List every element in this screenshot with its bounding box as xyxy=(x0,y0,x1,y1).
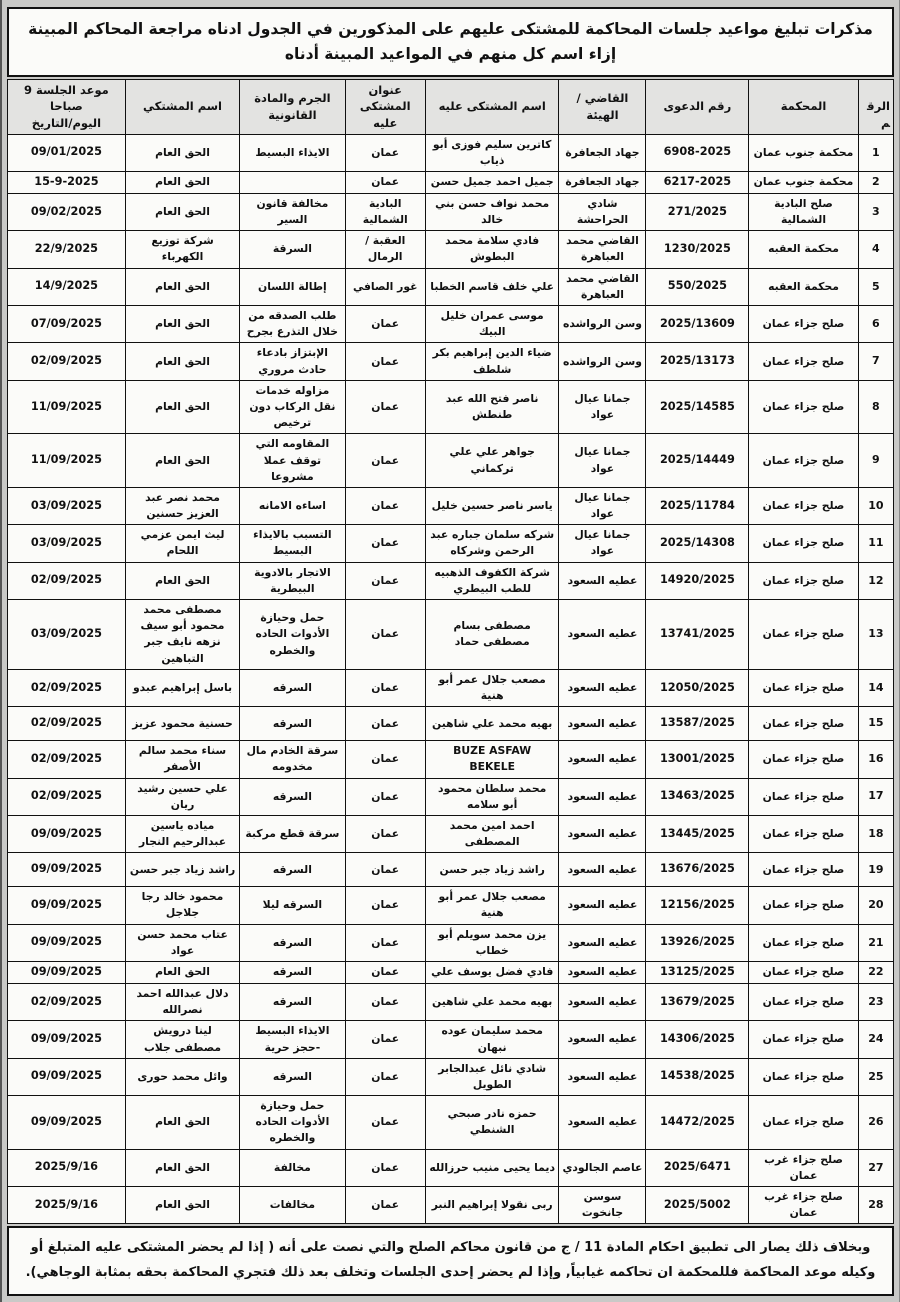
column-header-judge: القاضي / الهيئة xyxy=(559,79,646,134)
cell-complainant: الحق العام xyxy=(125,1187,239,1224)
cell-crime: السرقه xyxy=(240,983,345,1020)
cell-court: صلح جزاء عمان xyxy=(749,562,858,599)
table-row: 20صلح جزاء عمان12156/2025عطيه السعودمصعب… xyxy=(8,887,894,924)
cell-date: 03/09/2025 xyxy=(8,525,126,562)
cell-judge: جمانا عيال عواد xyxy=(559,434,646,488)
cell-complainant: دلال عبدالله احمد نصرالله xyxy=(125,983,239,1020)
cell-complainant: الحق العام xyxy=(125,171,239,193)
cell-crime: طلب الصدقه من خلال التذرع بجرح xyxy=(240,306,345,343)
cell-defendant: جميل احمد جميل حسن xyxy=(425,171,559,193)
table-row: 17صلح جزاء عمان13463/2025عطيه السعودمحمد… xyxy=(8,778,894,815)
cell-crime: اساءه الامانه xyxy=(240,487,345,524)
cell-crime: السرقه ليلا xyxy=(240,887,345,924)
cell-address: عمان xyxy=(345,1096,425,1150)
cell-case_no: 2025/6471 xyxy=(646,1149,749,1186)
cell-court: محكمة العقبه xyxy=(749,268,858,305)
cell-court: صلح جزاء عمان xyxy=(749,306,858,343)
cell-address: البادية الشمالية xyxy=(345,193,425,230)
cell-case_no: 13445/2025 xyxy=(646,815,749,852)
cell-complainant: الحق العام xyxy=(125,268,239,305)
cell-complainant: شركة توزيع الكهرباء xyxy=(125,231,239,268)
cell-crime: حمل وحيازة الأدوات الحاده والخطره xyxy=(240,600,345,670)
cell-court: صلح جزاء عمان xyxy=(749,741,858,778)
cell-address: عمان xyxy=(345,306,425,343)
cell-complainant: راشد زياد جبر حسن xyxy=(125,853,239,887)
cell-date: 02/09/2025 xyxy=(8,707,126,741)
cell-num: 23 xyxy=(858,983,893,1020)
cell-num: 27 xyxy=(858,1149,893,1186)
cell-date: 11/09/2025 xyxy=(8,380,126,434)
cell-crime: المقاومه التي توقف عملا مشروعا xyxy=(240,434,345,488)
cell-date: 2025/9/16 xyxy=(8,1149,126,1186)
cell-defendant: موسى عمران خليل البيك xyxy=(425,306,559,343)
cell-crime: الايذاء البسيط -حجز حرية xyxy=(240,1021,345,1058)
cell-case_no: 14306/2025 xyxy=(646,1021,749,1058)
cell-judge: القاضي محمد العباهرة xyxy=(559,231,646,268)
cell-num: 24 xyxy=(858,1021,893,1058)
cell-court: صلح جزاء غرب عمان xyxy=(749,1149,858,1186)
cell-crime: الإبتزاز بادعاء حادث مروري xyxy=(240,343,345,380)
cell-date: 02/09/2025 xyxy=(8,562,126,599)
cell-num: 22 xyxy=(858,962,893,984)
cell-address: عمان xyxy=(345,815,425,852)
cell-address: العقبة / الرمال xyxy=(345,231,425,268)
cell-defendant: محمد سلطان محمود أبو سلامه xyxy=(425,778,559,815)
cell-date: 09/09/2025 xyxy=(8,853,126,887)
cell-address: عمان xyxy=(345,487,425,524)
legal-notice: وبخلاف ذلك يصار الى تطبيق احكام المادة 1… xyxy=(7,1226,894,1295)
cell-defendant: شركه سلمان جباره عبد الرحمن وشركاه xyxy=(425,525,559,562)
cell-judge: عطيه السعود xyxy=(559,600,646,670)
cell-date: 02/09/2025 xyxy=(8,669,126,706)
cell-case_no: 13741/2025 xyxy=(646,600,749,670)
cell-court: محكمة العقبه xyxy=(749,231,858,268)
cell-crime: السرقه xyxy=(240,669,345,706)
cell-court: صلح جزاء عمان xyxy=(749,778,858,815)
cell-num: 10 xyxy=(858,487,893,524)
cell-case_no: 13676/2025 xyxy=(646,853,749,887)
cell-num: 15 xyxy=(858,707,893,741)
cell-judge: عطيه السعود xyxy=(559,924,646,961)
cell-complainant: الحق العام xyxy=(125,193,239,230)
cell-complainant: حسنية محمود عزيز xyxy=(125,707,239,741)
cell-defendant: مصطفى بسام مصطفى حماد xyxy=(425,600,559,670)
cell-judge: عطيه السعود xyxy=(559,815,646,852)
cell-defendant: بهيه محمد علي شاهين xyxy=(425,983,559,1020)
table-row: 25صلح جزاء عمان14538/2025عطيه السعودشادي… xyxy=(8,1058,894,1095)
cell-complainant: الحق العام xyxy=(125,306,239,343)
table-row: 3صلح البادية الشمالية271/2025شادي الحراح… xyxy=(8,193,894,230)
cell-judge: القاضي محمد العباهرة xyxy=(559,268,646,305)
cell-crime: مخالفات xyxy=(240,1187,345,1224)
cell-case_no: 2025/11784 xyxy=(646,487,749,524)
cell-case_no: 13926/2025 xyxy=(646,924,749,961)
cell-crime xyxy=(240,171,345,193)
cell-address: عمان xyxy=(345,134,425,171)
cell-num: 8 xyxy=(858,380,893,434)
cell-case_no: 2025/14585 xyxy=(646,380,749,434)
column-header-court: المحكمة xyxy=(749,79,858,134)
cell-address: عمان xyxy=(345,600,425,670)
table-row: 28صلح جزاء غرب عمان2025/5002سوسن جانخوتر… xyxy=(8,1187,894,1224)
cell-complainant: محمد نصر عبد العزيز حسنين xyxy=(125,487,239,524)
cell-address: غور الصافي xyxy=(345,268,425,305)
cell-judge: عطيه السعود xyxy=(559,778,646,815)
cell-defendant: شادي نائل عبدالجابر الطويل xyxy=(425,1058,559,1095)
cell-complainant: مصطفى محمد محمود أبو سيف نزهه نايف جبر ا… xyxy=(125,600,239,670)
cell-court: صلح جزاء عمان xyxy=(749,983,858,1020)
cell-defendant: راشد زياد جبر حسن xyxy=(425,853,559,887)
cell-judge: وسن الرواشده xyxy=(559,343,646,380)
cell-case_no: 13587/2025 xyxy=(646,707,749,741)
cell-num: 2 xyxy=(858,171,893,193)
cell-defendant: ياسر ناصر حسين خليل xyxy=(425,487,559,524)
cell-address: عمان xyxy=(345,778,425,815)
cell-judge: وسن الرواشده xyxy=(559,306,646,343)
cell-address: عمان xyxy=(345,983,425,1020)
cell-court: صلح البادية الشمالية xyxy=(749,193,858,230)
cell-num: 25 xyxy=(858,1058,893,1095)
cell-judge: عاصم الجالودي xyxy=(559,1149,646,1186)
cell-case_no: 2025/13609 xyxy=(646,306,749,343)
cell-date: 15-9-2025 xyxy=(8,171,126,193)
cell-case_no: 13001/2025 xyxy=(646,741,749,778)
cell-defendant: كاترين سليم فوزى أبو ذياب xyxy=(425,134,559,171)
cell-case_no: 6908-2025 xyxy=(646,134,749,171)
cell-address: عمان xyxy=(345,171,425,193)
cell-court: صلح جزاء عمان xyxy=(749,1021,858,1058)
cell-num: 21 xyxy=(858,924,893,961)
cell-address: عمان xyxy=(345,962,425,984)
cell-address: عمان xyxy=(345,1187,425,1224)
cell-address: عمان xyxy=(345,669,425,706)
cell-court: صلح جزاء عمان xyxy=(749,962,858,984)
cell-judge: عطيه السعود xyxy=(559,1058,646,1095)
cell-date: 02/09/2025 xyxy=(8,343,126,380)
cell-crime: السرقه xyxy=(240,778,345,815)
cell-complainant: الحق العام xyxy=(125,434,239,488)
cell-address: عمان xyxy=(345,1149,425,1186)
cell-num: 28 xyxy=(858,1187,893,1224)
cell-address: عمان xyxy=(345,887,425,924)
column-header-defendant: اسم المشتكى عليه xyxy=(425,79,559,134)
cell-judge: عطيه السعود xyxy=(559,1021,646,1058)
table-row: 18صلح جزاء عمان13445/2025عطيه السعوداحمد… xyxy=(8,815,894,852)
table-row: 15صلح جزاء عمان13587/2025عطيه السعودبهيه… xyxy=(8,707,894,741)
cell-address: عمان xyxy=(345,1058,425,1095)
table-row: 21صلح جزاء عمان13926/2025عطيه السعوديزن … xyxy=(8,924,894,961)
cell-judge: جهاد الجعافرة xyxy=(559,171,646,193)
cell-complainant: علي حسين رشيد ريان xyxy=(125,778,239,815)
cell-num: 9 xyxy=(858,434,893,488)
cell-complainant: سناء محمد سالم الأصفر xyxy=(125,741,239,778)
cell-crime: السرقه xyxy=(240,853,345,887)
cell-num: 26 xyxy=(858,1096,893,1150)
cell-date: 09/09/2025 xyxy=(8,1021,126,1058)
cell-complainant: باسل إبراهيم عبدو xyxy=(125,669,239,706)
cell-address: عمان xyxy=(345,343,425,380)
cell-court: صلح جزاء عمان xyxy=(749,487,858,524)
table-row: 5محكمة العقبه550/2025القاضي محمد العباهر… xyxy=(8,268,894,305)
column-header-complainant: اسم المشتكي xyxy=(125,79,239,134)
cell-num: 5 xyxy=(858,268,893,305)
cell-judge: عطيه السعود xyxy=(559,707,646,741)
cell-address: عمان xyxy=(345,525,425,562)
table-header-row: الرقمالمحكمةرقم الدعوىالقاضي / الهيئةاسم… xyxy=(8,79,894,134)
cell-crime: الايذاء البسيط xyxy=(240,134,345,171)
cell-crime: السرقه xyxy=(240,962,345,984)
cell-judge: عطيه السعود xyxy=(559,669,646,706)
cell-defendant: علي خلف قاسم الخطبا xyxy=(425,268,559,305)
cell-case_no: 6217-2025 xyxy=(646,171,749,193)
table-row: 6صلح جزاء عمان2025/13609وسن الرواشدهموسى… xyxy=(8,306,894,343)
cell-judge: عطيه السعود xyxy=(559,853,646,887)
cell-defendant: ديما يحيى منيب حرزالله xyxy=(425,1149,559,1186)
cell-defendant: فادي سلامة محمد البطوش xyxy=(425,231,559,268)
cell-judge: جمانا عيال عواد xyxy=(559,487,646,524)
cell-court: صلح جزاء عمان xyxy=(749,1096,858,1150)
table-row: 22صلح جزاء عمان13125/2025عطيه السعودفادي… xyxy=(8,962,894,984)
cell-case_no: 14920/2025 xyxy=(646,562,749,599)
cell-defendant: مصعب جلال عمر أبو هنية xyxy=(425,669,559,706)
table-row: 1محكمة جنوب عمان6908-2025جهاد الجعافرةكا… xyxy=(8,134,894,171)
cell-court: صلح جزاء عمان xyxy=(749,343,858,380)
column-header-crime: الجرم والمادة القانونية xyxy=(240,79,345,134)
table-row: 10صلح جزاء عمان2025/11784جمانا عيال عواد… xyxy=(8,487,894,524)
cell-crime: السرقه xyxy=(240,707,345,741)
cell-complainant: محمود خالد رجا جلاجل xyxy=(125,887,239,924)
table-row: 8صلح جزاء عمان2025/14585جمانا عيال عوادن… xyxy=(8,380,894,434)
table-row: 24صلح جزاء عمان14306/2025عطيه السعودمحمد… xyxy=(8,1021,894,1058)
cell-date: 03/09/2025 xyxy=(8,600,126,670)
cell-defendant: مصعب جلال عمر أبو هنية xyxy=(425,887,559,924)
cell-date: 09/02/2025 xyxy=(8,193,126,230)
cell-court: صلح جزاء عمان xyxy=(749,924,858,961)
cell-num: 11 xyxy=(858,525,893,562)
cell-crime: حمل وحيازة الأدوات الحاده والخطره xyxy=(240,1096,345,1150)
cell-crime: مخالفة قانون السير xyxy=(240,193,345,230)
cell-court: صلح جزاء غرب عمان xyxy=(749,1187,858,1224)
cell-date: 2025/9/16 xyxy=(8,1187,126,1224)
court-sessions-table: الرقمالمحكمةرقم الدعوىالقاضي / الهيئةاسم… xyxy=(7,79,894,1225)
cell-defendant: فادي فضل يوسف علي xyxy=(425,962,559,984)
cell-case_no: 2025/13173 xyxy=(646,343,749,380)
cell-judge: عطيه السعود xyxy=(559,962,646,984)
cell-court: صلح جزاء عمان xyxy=(749,1058,858,1095)
cell-address: عمان xyxy=(345,924,425,961)
cell-complainant: الحق العام xyxy=(125,962,239,984)
cell-num: 1 xyxy=(858,134,893,171)
cell-crime: مخالفة xyxy=(240,1149,345,1186)
cell-address: عمان xyxy=(345,562,425,599)
cell-case_no: 12156/2025 xyxy=(646,887,749,924)
cell-date: 22/9/2025 xyxy=(8,231,126,268)
column-header-num: الرقم xyxy=(858,79,893,134)
cell-judge: سوسن جانخوت xyxy=(559,1187,646,1224)
cell-judge: جهاد الجعافرة xyxy=(559,134,646,171)
cell-case_no: 13463/2025 xyxy=(646,778,749,815)
cell-address: عمان xyxy=(345,434,425,488)
cell-crime: سرقة قطع مركبة xyxy=(240,815,345,852)
cell-case_no: 14538/2025 xyxy=(646,1058,749,1095)
cell-defendant: ناصر فتح الله عبد طنطش xyxy=(425,380,559,434)
cell-num: 14 xyxy=(858,669,893,706)
cell-complainant: الحق العام xyxy=(125,343,239,380)
cell-case_no: 1230/2025 xyxy=(646,231,749,268)
table-body: 1محكمة جنوب عمان6908-2025جهاد الجعافرةكا… xyxy=(8,134,894,1224)
cell-judge: شادي الحراحشة xyxy=(559,193,646,230)
cell-date: 02/09/2025 xyxy=(8,741,126,778)
cell-date: 09/09/2025 xyxy=(8,1096,126,1150)
cell-num: 12 xyxy=(858,562,893,599)
cell-address: عمان xyxy=(345,853,425,887)
cell-num: 18 xyxy=(858,815,893,852)
cell-date: 11/09/2025 xyxy=(8,434,126,488)
cell-court: صلح جزاء عمان xyxy=(749,669,858,706)
cell-date: 09/01/2025 xyxy=(8,134,126,171)
table-row: 7صلح جزاء عمان2025/13173وسن الرواشدهضياء… xyxy=(8,343,894,380)
cell-case_no: 2025/14308 xyxy=(646,525,749,562)
cell-complainant: لينا درويش مصطفى جلاب xyxy=(125,1021,239,1058)
cell-court: صلح جزاء عمان xyxy=(749,853,858,887)
cell-num: 20 xyxy=(858,887,893,924)
cell-crime: السرقه xyxy=(240,1058,345,1095)
cell-case_no: 2025/5002 xyxy=(646,1187,749,1224)
cell-complainant: الحق العام xyxy=(125,134,239,171)
cell-num: 6 xyxy=(858,306,893,343)
cell-court: محكمة جنوب عمان xyxy=(749,134,858,171)
cell-judge: عطيه السعود xyxy=(559,1096,646,1150)
table-row: 9صلح جزاء عمان2025/14449جمانا عيال عوادج… xyxy=(8,434,894,488)
cell-date: 02/09/2025 xyxy=(8,778,126,815)
table-row: 13صلح جزاء عمان13741/2025عطيه السعودمصطف… xyxy=(8,600,894,670)
cell-judge: عطيه السعود xyxy=(559,887,646,924)
cell-num: 13 xyxy=(858,600,893,670)
cell-num: 3 xyxy=(858,193,893,230)
table-row: 26صلح جزاء عمان14472/2025عطيه السعودحمزه… xyxy=(8,1096,894,1150)
notice-title: مذكرات تبليغ مواعيد جلسات المحاكمة للمشت… xyxy=(7,7,894,77)
cell-court: صلح جزاء عمان xyxy=(749,380,858,434)
cell-defendant: حمزه نادر صبحي الشنطي xyxy=(425,1096,559,1150)
cell-crime: مزاوله خدمات نقل الركاب دون ترخيص xyxy=(240,380,345,434)
cell-defendant: جواهر علي علي تركماني xyxy=(425,434,559,488)
cell-judge: عطيه السعود xyxy=(559,562,646,599)
table-row: 4محكمة العقبه1230/2025القاضي محمد العباه… xyxy=(8,231,894,268)
cell-court: صلح جزاء عمان xyxy=(749,707,858,741)
cell-defendant: BUZE ASFAW BEKELE xyxy=(425,741,559,778)
cell-case_no: 2025/14449 xyxy=(646,434,749,488)
table-row: 12صلح جزاء عمان14920/2025عطيه السعودشركة… xyxy=(8,562,894,599)
cell-complainant: وائل محمد حورى xyxy=(125,1058,239,1095)
cell-defendant: محمد نواف حسن بني خالد xyxy=(425,193,559,230)
cell-court: صلح جزاء عمان xyxy=(749,434,858,488)
cell-complainant: عتاب محمد حسن عواد xyxy=(125,924,239,961)
cell-num: 17 xyxy=(858,778,893,815)
table-header: الرقمالمحكمةرقم الدعوىالقاضي / الهيئةاسم… xyxy=(8,79,894,134)
cell-defendant: شركة الكفوف الذهبيه للطب البيطري xyxy=(425,562,559,599)
cell-crime: السرقة xyxy=(240,231,345,268)
cell-address: عمان xyxy=(345,741,425,778)
cell-date: 02/09/2025 xyxy=(8,983,126,1020)
table-row: 19صلح جزاء عمان13676/2025عطيه السعودراشد… xyxy=(8,853,894,887)
cell-court: صلح جزاء عمان xyxy=(749,600,858,670)
cell-judge: جمانا عيال عواد xyxy=(559,525,646,562)
cell-crime: السرقه xyxy=(240,924,345,961)
cell-complainant: الحق العام xyxy=(125,1096,239,1150)
cell-num: 7 xyxy=(858,343,893,380)
cell-crime: التسبب بالايذاء البسيط xyxy=(240,525,345,562)
cell-defendant: محمد سليمان عوده نبهان xyxy=(425,1021,559,1058)
cell-case_no: 12050/2025 xyxy=(646,669,749,706)
table-row: 14صلح جزاء عمان12050/2025عطيه السعودمصعب… xyxy=(8,669,894,706)
cell-complainant: مياده ياسين عبدالرحيم النجار xyxy=(125,815,239,852)
cell-judge: جمانا عيال عواد xyxy=(559,380,646,434)
scanned-document: مذكرات تبليغ مواعيد جلسات المحاكمة للمشت… xyxy=(0,0,900,1302)
cell-complainant: الحق العام xyxy=(125,562,239,599)
table-row: 2محكمة جنوب عمان6217-2025جهاد الجعافرةجم… xyxy=(8,171,894,193)
cell-crime: سرقة الخادم مال مخدومه xyxy=(240,741,345,778)
table-row: 16صلح جزاء عمان13001/2025عطيه السعودBUZE… xyxy=(8,741,894,778)
cell-date: 09/09/2025 xyxy=(8,887,126,924)
cell-court: محكمة جنوب عمان xyxy=(749,171,858,193)
cell-date: 03/09/2025 xyxy=(8,487,126,524)
column-header-date: موعد الجلسة 9 صباحا اليوم/التاريخ xyxy=(8,79,126,134)
cell-case_no: 550/2025 xyxy=(646,268,749,305)
cell-defendant: بهيه محمد علي شاهين xyxy=(425,707,559,741)
cell-complainant: الحق العام xyxy=(125,1149,239,1186)
cell-judge: عطيه السعود xyxy=(559,741,646,778)
table-row: 11صلح جزاء عمان2025/14308جمانا عيال عواد… xyxy=(8,525,894,562)
cell-date: 09/09/2025 xyxy=(8,1058,126,1095)
cell-defendant: ضياء الدين إبراهيم بكر شلطف xyxy=(425,343,559,380)
cell-complainant: ليث ايمن عزمي اللحام xyxy=(125,525,239,562)
column-header-case_no: رقم الدعوى xyxy=(646,79,749,134)
cell-defendant: يزن محمد سويلم أبو خطاب xyxy=(425,924,559,961)
cell-court: صلح جزاء عمان xyxy=(749,815,858,852)
cell-address: عمان xyxy=(345,707,425,741)
cell-defendant: ربى نقولا إبراهيم النبر xyxy=(425,1187,559,1224)
cell-case_no: 14472/2025 xyxy=(646,1096,749,1150)
cell-complainant: الحق العام xyxy=(125,380,239,434)
cell-date: 09/09/2025 xyxy=(8,815,126,852)
cell-num: 19 xyxy=(858,853,893,887)
cell-judge: عطيه السعود xyxy=(559,983,646,1020)
cell-address: عمان xyxy=(345,1021,425,1058)
cell-defendant: احمد امين محمد المصطفى xyxy=(425,815,559,852)
cell-address: عمان xyxy=(345,380,425,434)
cell-case_no: 13679/2025 xyxy=(646,983,749,1020)
table-row: 27صلح جزاء غرب عمان2025/6471عاصم الجالود… xyxy=(8,1149,894,1186)
cell-date: 09/09/2025 xyxy=(8,924,126,961)
cell-court: صلح جزاء عمان xyxy=(749,525,858,562)
cell-crime: إطالة اللسان xyxy=(240,268,345,305)
table-row: 23صلح جزاء عمان13679/2025عطيه السعودبهيه… xyxy=(8,983,894,1020)
cell-crime: الاتجار بالادوية البيطرية xyxy=(240,562,345,599)
cell-case_no: 13125/2025 xyxy=(646,962,749,984)
cell-date: 14/9/2025 xyxy=(8,268,126,305)
column-header-address: عنوان المشتكى عليه xyxy=(345,79,425,134)
cell-court: صلح جزاء عمان xyxy=(749,887,858,924)
cell-date: 07/09/2025 xyxy=(8,306,126,343)
cell-num: 16 xyxy=(858,741,893,778)
cell-case_no: 271/2025 xyxy=(646,193,749,230)
cell-num: 4 xyxy=(858,231,893,268)
cell-date: 09/09/2025 xyxy=(8,962,126,984)
